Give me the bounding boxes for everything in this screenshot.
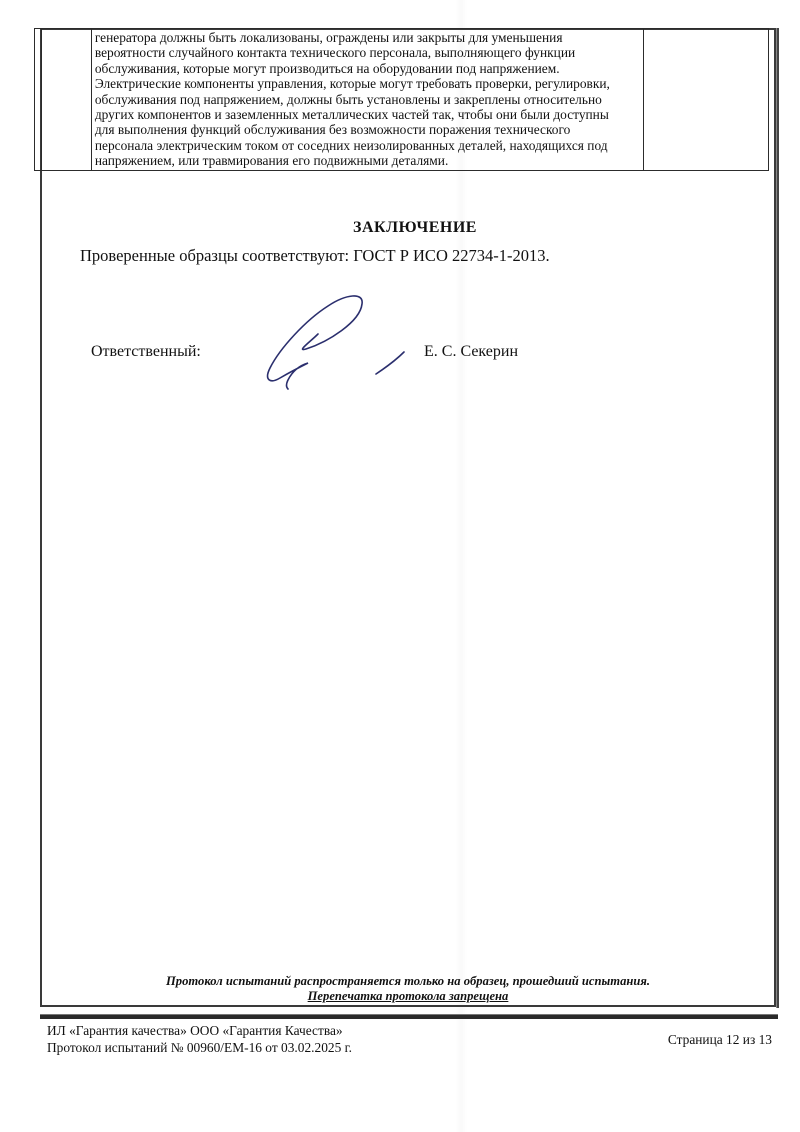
requirement-line: генератора должны быть локализованы, огр… [95, 30, 640, 45]
table-margin-cell [35, 29, 42, 171]
requirement-line: вероятности случайного контакта техничес… [95, 45, 640, 60]
footer-info: ИЛ «Гарантия качества» ООО «Гарантия Кач… [47, 1022, 352, 1056]
table-row: генератора должны быть локализованы, огр… [35, 29, 769, 171]
footer-divider [40, 1014, 778, 1019]
page-frame [40, 28, 776, 1007]
conclusion-title-text: ЗАКЛЮЧЕНИЕ [353, 219, 477, 236]
result-cell [644, 29, 769, 171]
item-number-cell [42, 29, 92, 171]
conclusion-text: Проверенные образцы соответствуют: ГОСТ … [80, 246, 550, 266]
conclusion-title: ЗАКЛЮЧЕНИЕ [0, 219, 800, 237]
footer-protocol-number: Протокол испытаний № 00960/ЕМ-16 от 03.0… [47, 1039, 352, 1056]
requirement-line: обслуживания под напряжением, должны быт… [95, 92, 640, 107]
requirement-text-cell: генератора должны быть локализованы, огр… [91, 29, 643, 171]
requirement-line: персонала электрическим током от соседни… [95, 138, 640, 153]
reprint-prohibited-note: Перепечатка протокола запрещена [40, 989, 776, 1004]
page-number: Страница 12 из 13 [668, 1032, 772, 1048]
protocol-scope-note: Протокол испытаний распространяется толь… [40, 974, 776, 989]
responsible-name: Е. С. Секерин [424, 343, 518, 361]
responsible-label: Ответственный: [91, 343, 201, 361]
footer-organization: ИЛ «Гарантия качества» ООО «Гарантия Кач… [47, 1022, 352, 1039]
requirement-line: напряжением, или травмирования его подви… [95, 153, 640, 168]
requirement-line: обслуживания, которые могут производитьс… [95, 61, 640, 76]
requirements-table: генератора должны быть локализованы, огр… [34, 28, 769, 171]
requirement-line: Электрические компоненты управления, кот… [95, 76, 640, 91]
requirement-line: для выполнения функций обслуживания без … [95, 122, 640, 137]
requirement-line: других компонентов и заземленных металли… [95, 107, 640, 122]
signature-mark [258, 286, 428, 391]
page-frame-double-edge [776, 28, 779, 1008]
